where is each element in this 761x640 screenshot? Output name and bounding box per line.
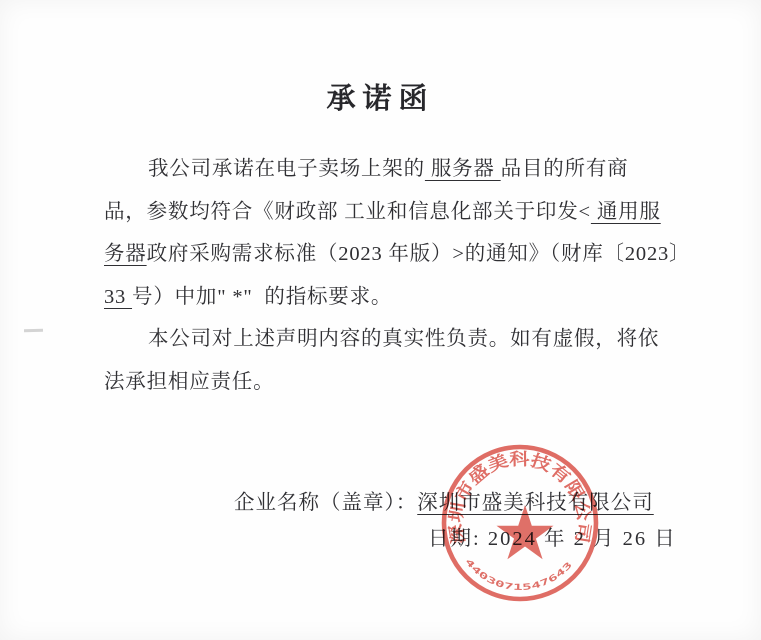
document-line: 品，参数均符合《财政部 工业和信息化部关于印发< 通用服 [104, 191, 664, 234]
date-label: 日期: [428, 528, 488, 550]
seal-outer-ring [444, 447, 596, 599]
text-segment: 本公司对上述声明内容的真实性负责。如有虚假，将依 [148, 328, 659, 350]
text-segment: 法承担相应责任。 [104, 371, 274, 393]
underlined-text: 通用服 [591, 201, 661, 223]
text-segment: 号）中加" *" 的指标要求。 [132, 286, 392, 308]
document-line: 33 号）中加" *" 的指标要求。 [104, 276, 664, 319]
date-value: 2024 年 2 月 26 日 [488, 528, 677, 550]
text-segment: 品，参数均符合《财政部 工业和信息化部关于印发< [104, 201, 591, 223]
underlined-text: 33 [104, 286, 132, 308]
text-segment: 政府采购需求标准（2023 年版）>的通知》（财库〔2023〕 [147, 243, 691, 265]
document-title: 承诺函 [0, 76, 761, 117]
document-body: 我公司承诺在电子卖场上架的 服务器 品目的所有商品，参数均符合《财政部 工业和信… [104, 148, 664, 403]
document-line: 本公司对上述声明内容的真实性负责。如有虚假，将依 [104, 318, 664, 361]
document-line: 我公司承诺在电子卖场上架的 服务器 品目的所有商 [104, 148, 664, 191]
signature-company-line: 企业名称（盖章）：深圳市盛美科技有限公司 [234, 488, 654, 518]
company-label: 企业名称（盖章）： [234, 492, 417, 514]
underlined-text: 务器 [104, 243, 147, 265]
underlined-text: 服务器 [425, 158, 501, 180]
text-segment: 品目的所有商 [501, 158, 629, 180]
scan-smudge-artifact [24, 329, 43, 332]
company-name-underlined: 深圳市盛美科技有限公司 [417, 492, 654, 514]
text-segment: 我公司承诺在电子卖场上架的 [148, 158, 425, 180]
document-line: 法承担相应责任。 [104, 361, 664, 404]
signature-date-line: 日期: 2024 年 2 月 26 日 [428, 524, 677, 554]
document-line: 务器政府采购需求标准（2023 年版）>的通知》（财库〔2023〕 [104, 233, 664, 276]
seal-serial-number: 4403071547643 [463, 557, 575, 593]
document-page: 承诺函 我公司承诺在电子卖场上架的 服务器 品目的所有商品，参数均符合《财政部 … [0, 0, 761, 640]
